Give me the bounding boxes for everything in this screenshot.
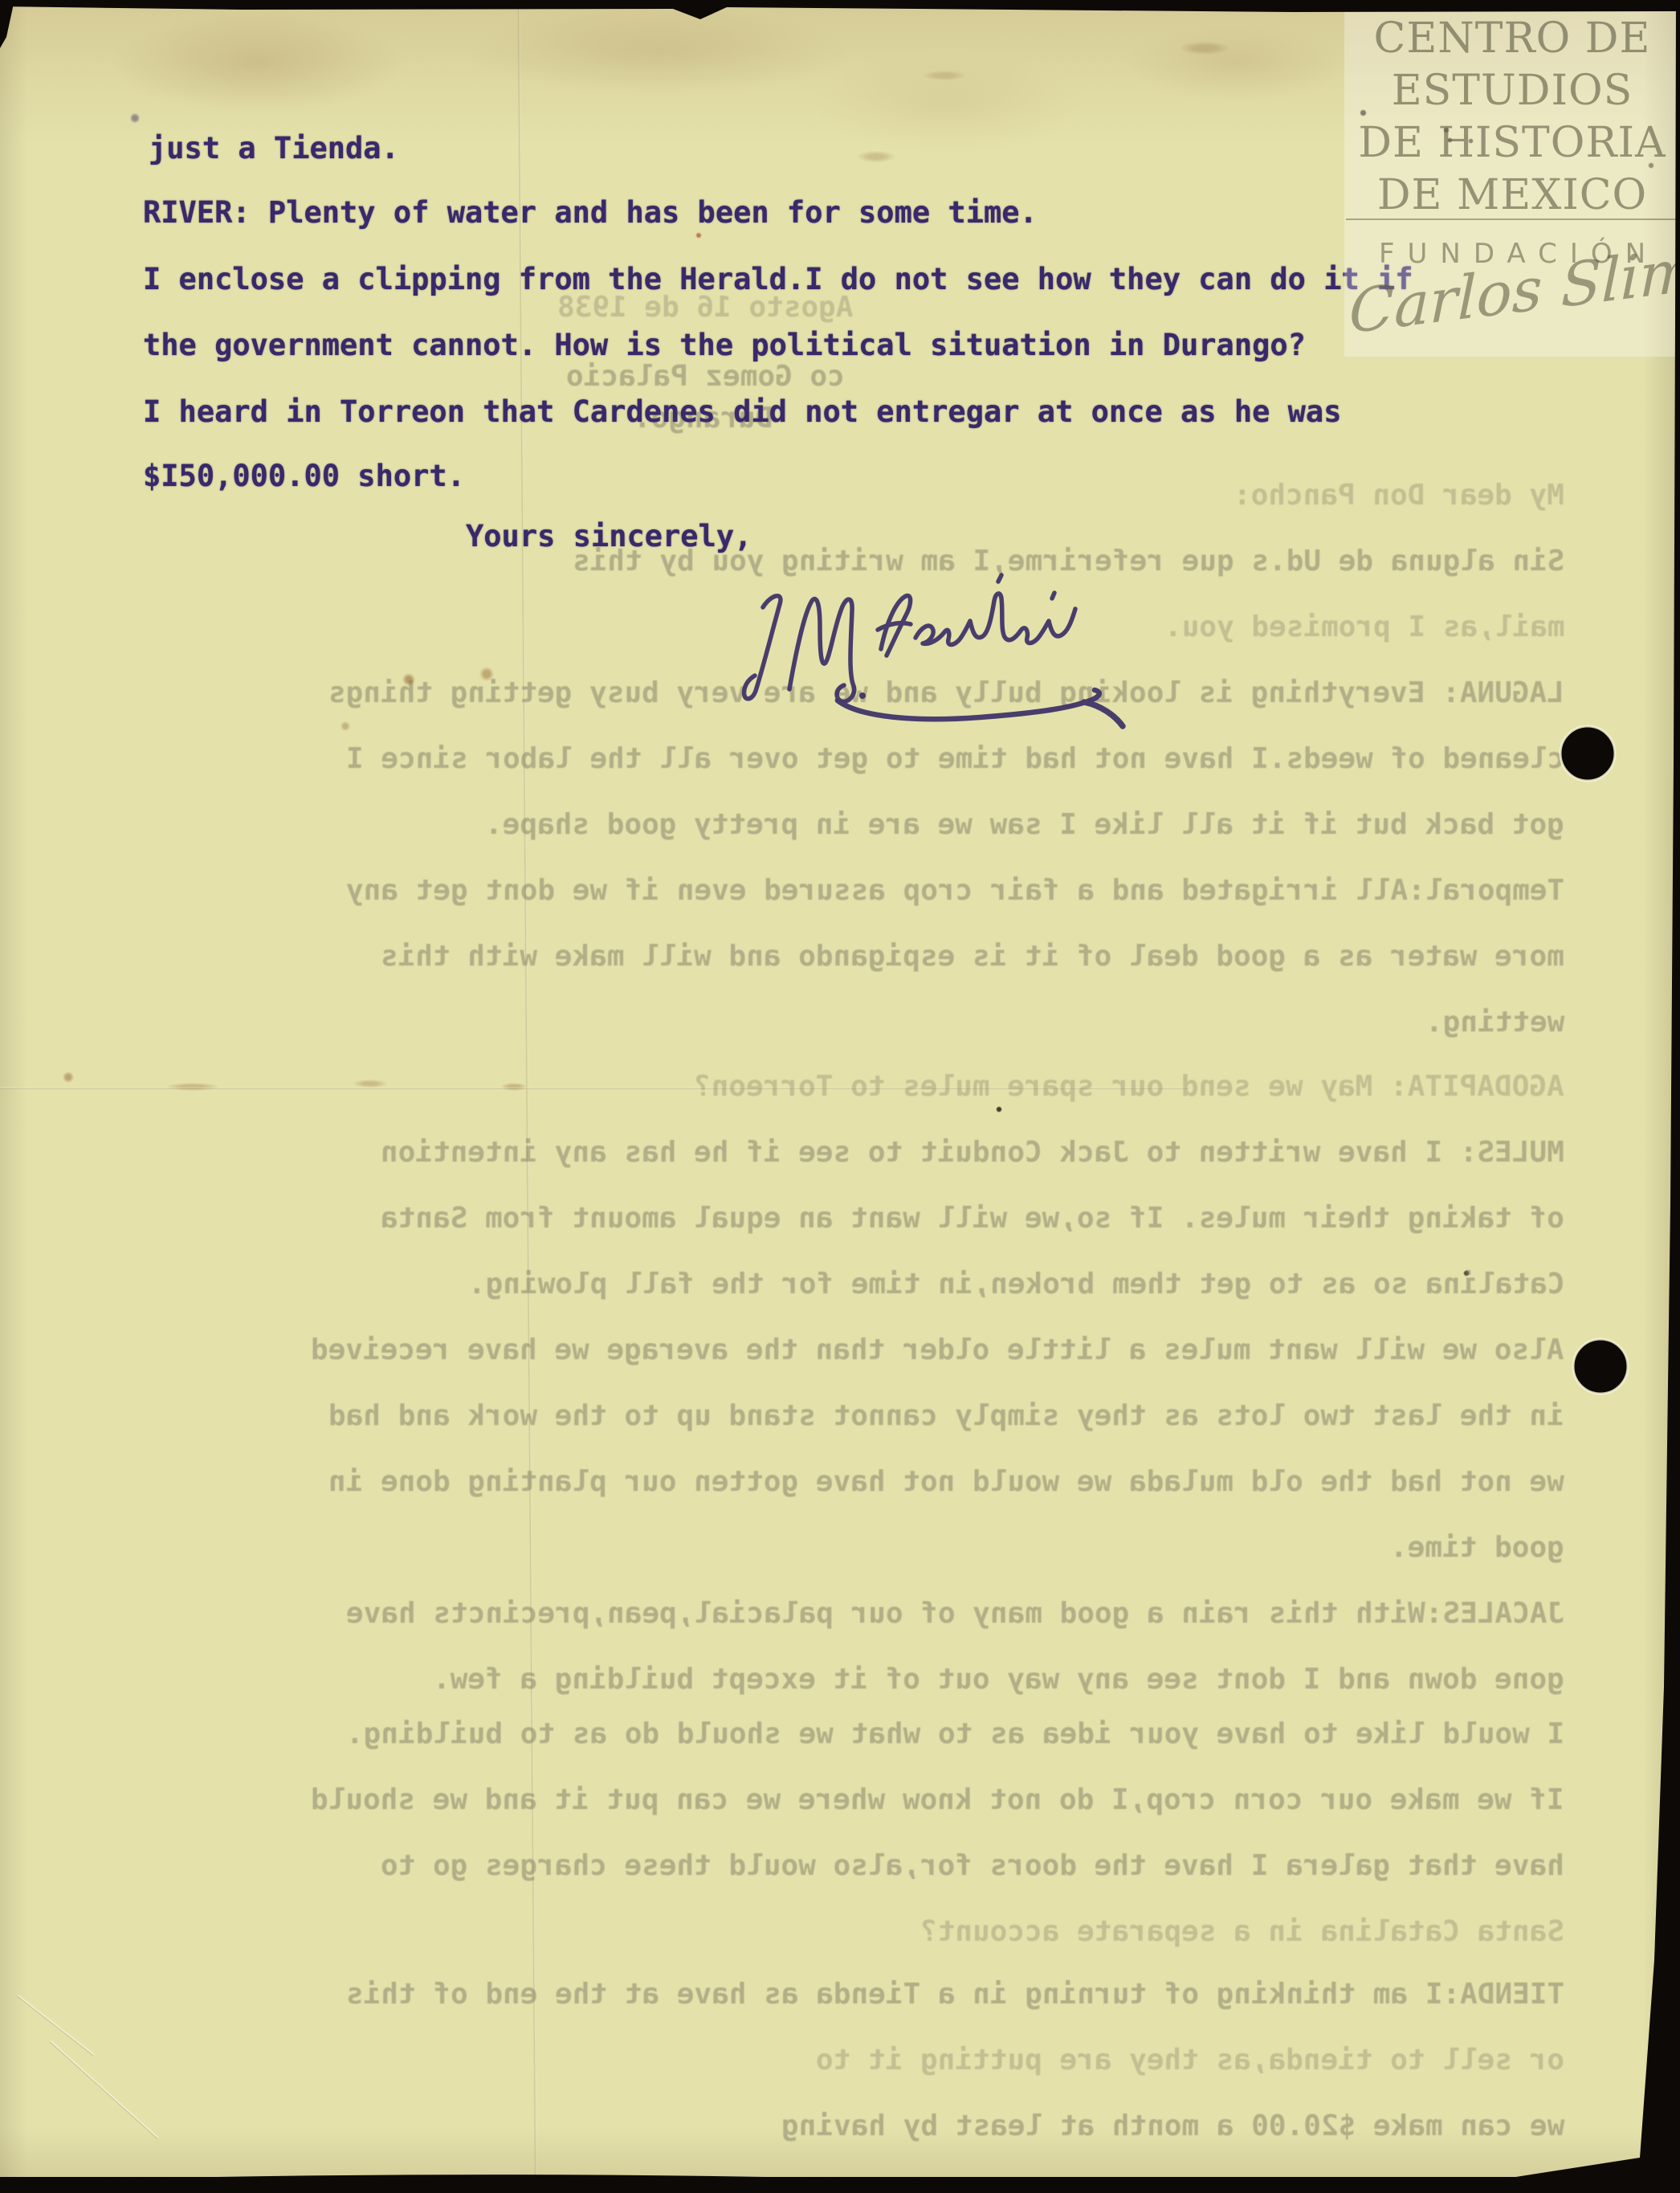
bleed-through-line: wetting. [1425,1006,1564,1039]
typed-line: I enclose a clipping from the Herald.I d… [143,262,1413,296]
typed-line: just a Tienda. [149,131,399,165]
bleed-through-line: got back but if it all like I saw we are… [485,808,1564,841]
watermark-divider-line [1346,218,1680,220]
bleed-through-line: good time. [1390,1531,1564,1564]
watermark-title-line: ESTUDIOS [1344,67,1680,115]
bleed-through-line: co Gomez Palacio [566,360,845,393]
bleed-through-line: If we make our corn crop,I do not know w… [311,1783,1564,1816]
scanned-letter-page: { "scan": { "background_color": "#0d0906… [0,0,1680,2193]
bleed-through-line: MULES: I have written to Jack Conduit to… [381,1136,1564,1169]
bleed-through-line: mail,as I promised you. [1164,611,1565,643]
bleed-through-line: we not had the old mulada we would not h… [328,1465,1564,1498]
bleed-through-line: JACALES:With this rain a good many of ou… [346,1597,1564,1630]
bleed-through-line: My dear Don Pancho: [1233,479,1564,512]
bleed-through-line: Also we will want mules a little older t… [311,1333,1564,1366]
bleed-through-line: or sell to tienda,as they are putting it… [816,2044,1564,2077]
bleed-through-line: Catalina so as to get them broken,in tim… [468,1268,1564,1301]
bleed-through-line: of taking their mules. If so,we will wan… [381,1202,1564,1235]
bleed-through-line: gone down and I dont see any way out of … [433,1663,1564,1696]
bleed-through-line: have that galera I have the doors for,al… [381,1849,1564,1882]
bleed-through-line: TIENDA:I am thinking of turning in a Tie… [346,1978,1564,2011]
bleed-through-line: LAGUNA: Everything is looking bully and … [328,676,1564,709]
bleed-through-line: we can make $20.00 a month at least by h… [781,2109,1564,2142]
typed-line: RIVER: Plenty of water and has been for … [143,195,1038,230]
bleed-through-line: Temporal:All irrigated and a fair crop a… [346,874,1564,907]
bleed-through-line: cleaned of weeds.I have not had time to … [346,742,1564,775]
archive-watermark: CENTRO DEESTUDIOSDE HISTORIADE MEXICO FU… [1344,8,1680,357]
typed-line: $I50,000.00 short. [143,459,465,493]
bleed-through-line: Santa Catalina in a separate account? [920,1915,1564,1948]
watermark-title-line: DE MEXICO [1344,171,1680,219]
bleed-through-line: AGODAPITA: May we send our spare mules t… [694,1070,1564,1103]
typed-line: the government cannot. How is the politi… [143,328,1306,362]
watermark-title-line: DE HISTORIA [1344,119,1680,167]
typed-line: Yours sincerely, [466,519,752,553]
watermark-title-line: CENTRO DE [1344,14,1680,63]
typed-line: I heard in Torreon that Cardenes did not… [143,394,1341,429]
bleed-through-line: in the last two lots as they simply cann… [328,1399,1564,1432]
bleed-through-line: I would like to have your idea as to wha… [346,1717,1564,1750]
bleed-through-line: more water as a good deal of it is espig… [381,940,1564,973]
